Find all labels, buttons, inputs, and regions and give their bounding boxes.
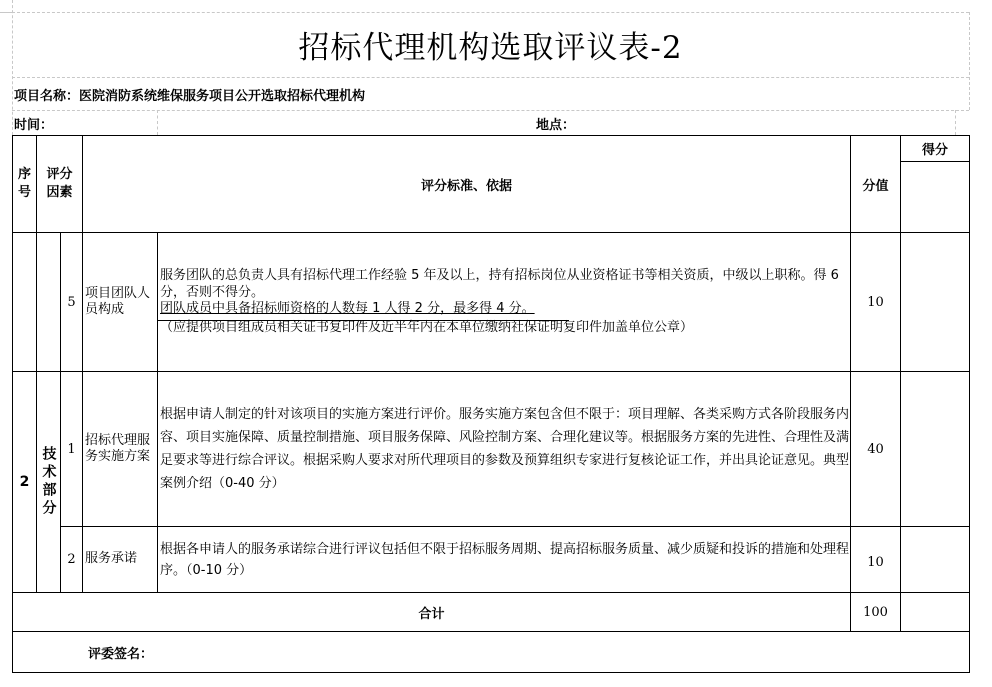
section-name: 技术部分 <box>37 372 60 592</box>
project-name-label: 项目名称：医院消防系统维保服务项目公开选取招标代理机构 <box>14 80 365 108</box>
row-factor: 服务承诺 <box>83 527 157 592</box>
header-factor-label: 评分因素 <box>46 166 74 202</box>
header-criteria: 评分标准、依据 <box>83 136 850 232</box>
gridline <box>12 77 969 78</box>
header-points: 分值 <box>851 136 900 232</box>
row-index: 5 <box>61 233 82 371</box>
row-factor-text: 项目团队人员构成 <box>85 286 157 319</box>
gridline <box>157 110 158 135</box>
row-factor: 招标代理服务实施方案 <box>83 372 157 526</box>
signature-label: 评委签名： <box>88 632 153 672</box>
table-border <box>12 672 970 673</box>
criteria-line: 根据各申请人的服务承诺综合进行评议包括但不限于招标服务周期、提高招标服务质量、减… <box>160 539 850 581</box>
gridline <box>0 12 12 13</box>
row-factor-text: 招标代理服务实施方案 <box>85 433 157 466</box>
row-index: 2 <box>61 527 82 592</box>
total-points: 100 <box>851 593 900 631</box>
row-points: 10 <box>851 233 900 371</box>
document-title: 招标代理机构选取评议表-2 <box>12 12 969 77</box>
header-factor: 评分因素 <box>37 136 82 232</box>
signature-field[interactable] <box>160 632 968 672</box>
header-score: 得分 <box>901 136 969 161</box>
criteria-line: （应提供项目组成员相关证书复印件及近半年内在本单位缴纳社保证明复印件加盖单位公章… <box>160 320 850 337</box>
row-criteria: 服务团队的总负责人具有招标代理工作经验 5 年及以上，持有招标岗位从业资格证书等… <box>158 233 850 371</box>
gridline <box>12 110 969 111</box>
criteria-line: 团队成员中具备招标师资格的人数每 1 人得 2 分，最多得 4 分。 <box>160 301 850 318</box>
section-seq: 2 <box>13 372 36 592</box>
criteria-line: 服务团队的总负责人具有招标代理工作经验 5 年及以上，持有招标岗位从业资格证书等… <box>160 268 850 301</box>
row-factor: 项目团队人员构成 <box>83 233 157 371</box>
table-border <box>969 135 970 672</box>
gridline <box>969 12 970 110</box>
header-score-blank <box>901 162 969 232</box>
section-name-text: 技术部分 <box>39 446 59 518</box>
row-criteria: 根据申请人制定的针对该项目的实施方案进行评价。服务实施方案包含但不限于：项目理解… <box>158 372 850 526</box>
row-score-input[interactable] <box>901 527 969 592</box>
row-points: 40 <box>851 372 900 526</box>
row-score-input[interactable] <box>901 372 969 526</box>
criteria-line: 根据申请人制定的针对该项目的实施方案进行评价。服务实施方案包含但不限于：项目理解… <box>160 403 850 495</box>
location-label: 地点： <box>536 113 575 133</box>
time-label: 时间： <box>14 113 53 133</box>
row-score-input[interactable] <box>901 233 969 371</box>
total-label: 合计 <box>13 593 850 631</box>
total-score-input[interactable] <box>901 593 969 631</box>
header-seq-label: 序号 <box>18 166 32 202</box>
header-seq: 序号 <box>13 136 36 232</box>
row-index: 1 <box>61 372 82 526</box>
row-criteria: 根据各申请人的服务承诺综合进行评议包括但不限于招标服务周期、提高招标服务质量、减… <box>158 527 850 592</box>
row-points: 10 <box>851 527 900 592</box>
gridline <box>955 110 956 135</box>
